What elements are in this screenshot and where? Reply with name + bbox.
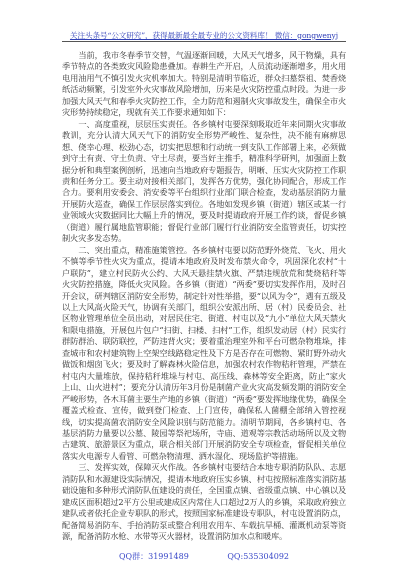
paragraph-section-1: 一、高度重视，层层压实责任。各乡镇村屯要深刻吸取近年来同期火灾事故教训，充分认清…: [62, 119, 346, 245]
footer-contacts: QQ群：31991489 QQ:535304092: [0, 551, 408, 562]
paragraph-section-2: 二、突出重点，精准施策管控。各乡镇村屯要以防范野外烧荒、飞火、用火不慎等季节性火…: [62, 245, 346, 463]
paragraph-intro: 当前，我市冬春季节交替，气温逐渐回暖，大风天气增多，风干物燥，具有季节特点的各类…: [62, 50, 346, 119]
header-banner-link[interactable]: 关注头条号“公文研究”，获得最新最全最专业的公文资料库！ 微信：gongweny…: [62, 31, 346, 40]
paragraph-section-3: 三、发挥实效，保障灭火作战。各乡镇村屯要结合本地专职消防队队、志愿消防队和水源建…: [62, 462, 346, 542]
document-body: 当前，我市冬春季节交替，气温逐渐回暖，大风天气增多，风干物燥，具有季节特点的各类…: [62, 50, 346, 542]
footer-qq-group: QQ群：31991489: [119, 552, 189, 561]
header-divider: [62, 41, 346, 42]
footer-qq: QQ:535304092: [227, 552, 289, 561]
